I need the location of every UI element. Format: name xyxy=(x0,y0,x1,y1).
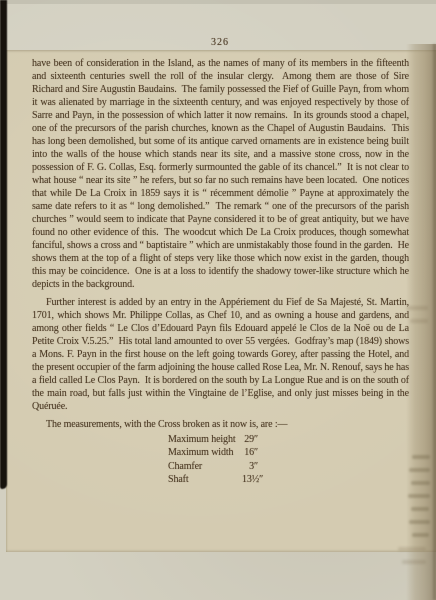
bleed-through-mark xyxy=(412,533,429,537)
measurement-label: Shaft xyxy=(168,473,242,486)
body-paragraph-1: have been of consideration in the Island… xyxy=(32,57,409,291)
bleed-through-mark xyxy=(412,455,430,459)
page-edge-shadow xyxy=(406,44,436,600)
bleed-through-mark xyxy=(409,468,430,472)
body-paragraph-2: Further interest is added by an entry in… xyxy=(32,296,409,413)
bleed-through-mark xyxy=(411,507,429,511)
measurement-value: 3″ xyxy=(242,460,258,473)
measurement-row: Maximum width 16″ xyxy=(168,446,409,459)
measurement-value: 16″ xyxy=(242,446,258,459)
scanner-edge-bar xyxy=(0,0,7,489)
bleed-through-mark xyxy=(402,560,426,564)
measurement-label: Maximum width xyxy=(168,446,242,459)
bleed-through-mark xyxy=(398,547,426,551)
measurement-row: Maximum height 29″ xyxy=(168,433,409,446)
measurement-value: 29″ xyxy=(242,433,258,446)
bleed-through-mark xyxy=(410,319,428,323)
measurement-list: Maximum height 29″ Maximum width 16″ Cha… xyxy=(168,433,409,487)
text-column: have been of consideration in the Island… xyxy=(32,57,409,487)
scanned-book-page: 326 have been of consideration in the Is… xyxy=(0,0,436,600)
page-number: 326 xyxy=(32,37,408,48)
page-surface: have been of consideration in the Island… xyxy=(6,50,436,552)
measurement-value: 13½″ xyxy=(242,473,258,486)
measurement-row: Shaft 13½″ xyxy=(168,473,409,486)
bleed-through-mark xyxy=(408,494,430,498)
measurement-label: Maximum height xyxy=(168,433,242,446)
measurement-row: Chamfer 3″ xyxy=(168,460,409,473)
bleed-through-mark xyxy=(406,306,428,310)
body-paragraph-3: The measurements, with the Cross broken … xyxy=(32,418,409,431)
bleed-through-mark xyxy=(411,481,430,485)
bleed-through-mark xyxy=(409,520,430,524)
measurement-label: Chamfer xyxy=(168,460,242,473)
